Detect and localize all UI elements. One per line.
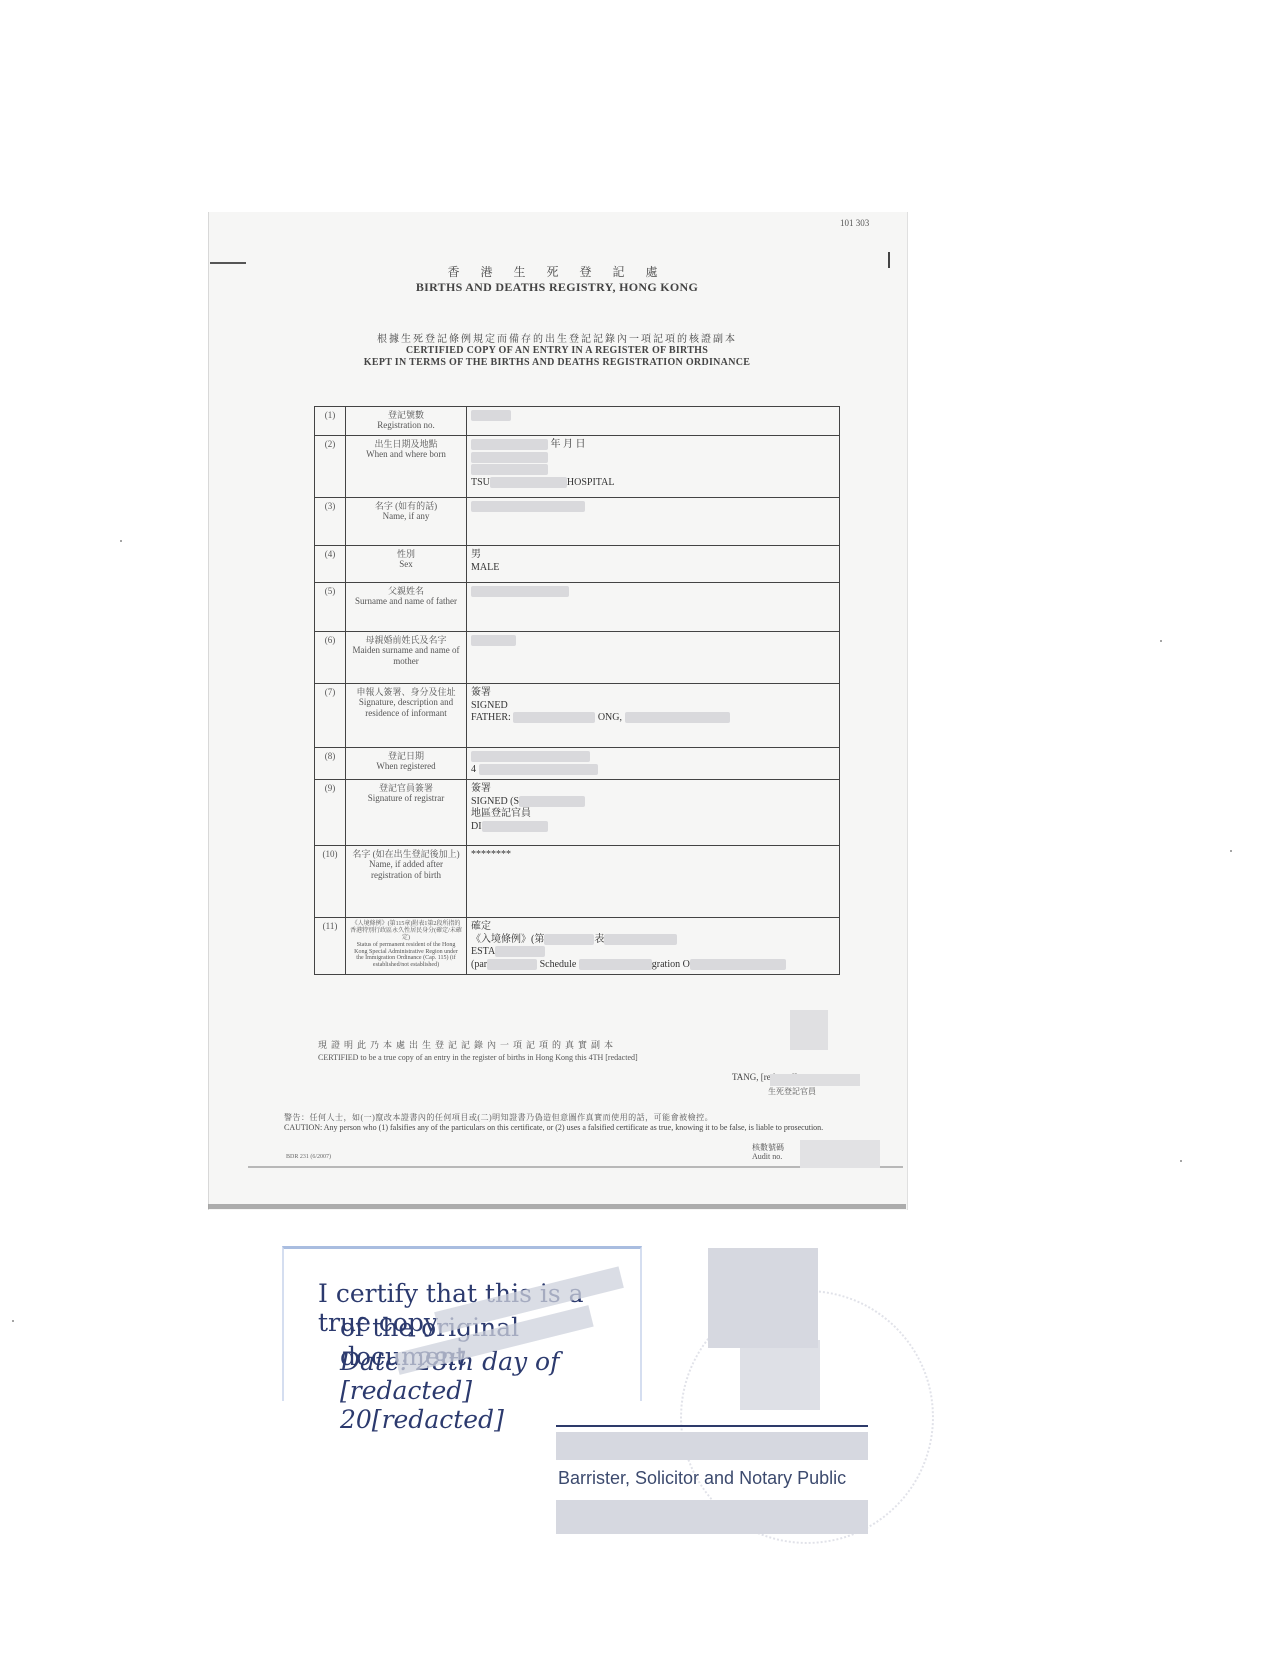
certification-cn: 現證明此乃本處出生登記記錄內一項記項的真實副本 xyxy=(318,1038,617,1051)
redaction xyxy=(487,959,537,970)
row-number: (3) xyxy=(315,498,346,546)
redaction xyxy=(471,452,548,463)
row-number: (10) xyxy=(315,846,346,918)
table-row: (1)登記號數Registration no. xyxy=(315,407,840,436)
row-number: (11) xyxy=(315,918,346,975)
row-label: 登記日期When registered xyxy=(346,748,467,780)
table-row: (6)母親婚前姓氏及名字Maiden surname and name of m… xyxy=(315,632,840,684)
redacted-notary-details xyxy=(556,1500,868,1534)
redaction xyxy=(471,751,590,762)
redaction xyxy=(471,410,511,421)
redaction xyxy=(519,796,585,807)
table-row: (10)名字 (如在出生登記後加上)Name, if added after r… xyxy=(315,846,840,918)
row-value: 確定《入境條例》(第表ESTA(par Schedule gration O xyxy=(467,918,840,975)
redaction xyxy=(625,712,730,723)
row-number: (1) xyxy=(315,407,346,436)
row-value: 簽署SIGNEDFATHER: ONG, xyxy=(467,684,840,748)
redacted-audit-number xyxy=(800,1140,880,1168)
redaction xyxy=(579,959,652,970)
caution-en: CAUTION: Any person who (1) falsifies an… xyxy=(284,1123,823,1132)
redaction xyxy=(471,586,569,597)
redaction xyxy=(482,821,548,832)
birth-entry-table: (1)登記號數Registration no.(2)出生日期及地點When an… xyxy=(314,406,840,975)
row-number: (4) xyxy=(315,546,346,583)
title-cn: 根據生死登記條例規定而備存的出生登記記錄內一項記項的核證副本 xyxy=(208,330,906,345)
row-value xyxy=(467,407,840,436)
certification-stamp: I certify that this is a true copy of th… xyxy=(282,1246,642,1401)
form-code: 101 303 xyxy=(840,218,869,228)
row-number: (6) xyxy=(315,632,346,684)
redaction xyxy=(495,946,545,957)
row-value: ******** xyxy=(467,846,840,918)
redacted-name xyxy=(770,1074,860,1086)
redaction xyxy=(479,764,598,775)
redaction xyxy=(690,959,786,970)
row-label: 性別Sex xyxy=(346,546,467,583)
signature-line xyxy=(556,1425,868,1427)
redaction xyxy=(513,712,595,723)
row-label: 母親婚前姓氏及名字Maiden surname and name of moth… xyxy=(346,632,467,684)
form-reference: BDR 231 (6/2007) xyxy=(286,1154,331,1160)
redacted-notary-name xyxy=(556,1432,868,1460)
redaction xyxy=(471,635,516,646)
row-label: 名字 (如有的話)Name, if any xyxy=(346,498,467,546)
redaction xyxy=(544,934,594,945)
caution-cn: 警告：任何人士，如(一)竄改本證書內的任何項目或(二)明知證書乃偽造但意圖作真實… xyxy=(284,1112,713,1123)
office-name-cn: 香 港 生 死 登 記 處 xyxy=(208,263,906,280)
redaction xyxy=(490,477,567,488)
row-label: 出生日期及地點When and where born xyxy=(346,436,467,498)
table-row: (2)出生日期及地點When and where born 年 月 日TSUHO… xyxy=(315,436,840,498)
redaction xyxy=(471,501,585,512)
redacted-mosaic xyxy=(708,1248,818,1348)
notary-title: Barrister, Solicitor and Notary Public xyxy=(558,1468,846,1489)
certification-en: CERTIFIED to be a true copy of an entry … xyxy=(318,1053,638,1062)
row-value xyxy=(467,583,840,632)
row-label: 父親姓名Surname and name of father xyxy=(346,583,467,632)
table-row: (5)父親姓名Surname and name of father xyxy=(315,583,840,632)
table-row: (3)名字 (如有的話)Name, if any xyxy=(315,498,840,546)
redacted-signature xyxy=(790,1010,828,1050)
title-en-1: CERTIFIED COPY OF AN ENTRY IN A REGISTER… xyxy=(208,345,906,356)
table-row: (4)性別Sex男MALE xyxy=(315,546,840,583)
row-number: (9) xyxy=(315,780,346,846)
row-label: 登記官員簽署Signature of registrar xyxy=(346,780,467,846)
redaction xyxy=(604,934,677,945)
sheet-shadow-edge xyxy=(208,1204,906,1209)
redaction xyxy=(471,464,548,475)
row-label: 名字 (如在出生登記後加上)Name, if added after regis… xyxy=(346,846,467,918)
row-label: 《人境條例》(第115章)附表1第2段所指的香港特別行政區永久性居民身分(確定/… xyxy=(346,918,467,975)
row-value: 4 xyxy=(467,748,840,780)
table-row: (7)申報人簽署、身分及住址Signature, description and… xyxy=(315,684,840,748)
stamp-line-3: Date: 28th day of [redacted] 20[redacted… xyxy=(340,1347,640,1434)
row-number: (8) xyxy=(315,748,346,780)
redaction xyxy=(471,439,548,450)
audit-label-en: Audit no. xyxy=(752,1152,782,1161)
row-label: 登記號數Registration no. xyxy=(346,407,467,436)
table-row: (9)登記官員簽署Signature of registrar簽署SIGNED … xyxy=(315,780,840,846)
row-value: 簽署SIGNED (S地區登記官員DI xyxy=(467,780,840,846)
table-row: (11)《人境條例》(第115章)附表1第2段所指的香港特別行政區永久性居民身分… xyxy=(315,918,840,975)
office-name-en: BIRTHS AND DEATHS REGISTRY, HONG KONG xyxy=(208,280,906,295)
row-value: 年 月 日TSUHOSPITAL xyxy=(467,436,840,498)
row-number: (7) xyxy=(315,684,346,748)
title-en-2: KEPT IN TERMS OF THE BIRTHS AND DEATHS R… xyxy=(208,357,906,368)
row-value xyxy=(467,498,840,546)
redacted-mosaic xyxy=(740,1340,820,1410)
row-value xyxy=(467,632,840,684)
row-value: 男MALE xyxy=(467,546,840,583)
registrar-title: 生死登記官員 xyxy=(768,1086,816,1097)
row-label: 申報人簽署、身分及住址Signature, description and re… xyxy=(346,684,467,748)
row-number: (2) xyxy=(315,436,346,498)
table-row: (8)登記日期When registered4 xyxy=(315,748,840,780)
row-number: (5) xyxy=(315,583,346,632)
